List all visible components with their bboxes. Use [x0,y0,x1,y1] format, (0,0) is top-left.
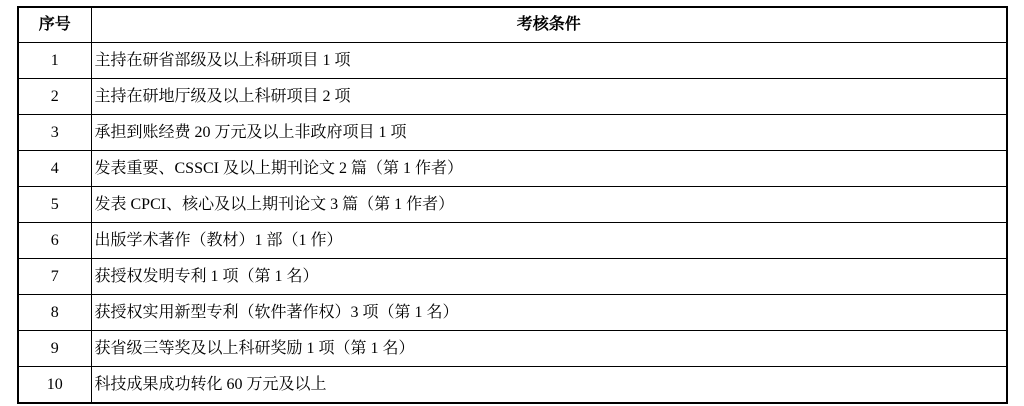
table-row: 10 科技成果成功转化 60 万元及以上 [18,367,1007,404]
table-row: 2 主持在研地厅级及以上科研项目 2 项 [18,79,1007,115]
serial-cell: 4 [18,151,91,187]
serial-cell: 3 [18,115,91,151]
table-row: 9 获省级三等奖及以上科研奖励 1 项（第 1 名） [18,331,1007,367]
table-row: 6 出版学术著作（教材）1 部（1 作） [18,223,1007,259]
column-header-condition: 考核条件 [91,7,1007,43]
serial-cell: 5 [18,187,91,223]
table-body: 1 主持在研省部级及以上科研项目 1 项 2 主持在研地厅级及以上科研项目 2 … [18,43,1007,404]
condition-cell: 获省级三等奖及以上科研奖励 1 项（第 1 名） [91,331,1007,367]
table-row: 4 发表重要、CSSCI 及以上期刊论文 2 篇（第 1 作者） [18,151,1007,187]
table-row: 1 主持在研省部级及以上科研项目 1 项 [18,43,1007,79]
condition-cell: 主持在研地厅级及以上科研项目 2 项 [91,79,1007,115]
condition-cell: 发表 CPCI、核心及以上期刊论文 3 篇（第 1 作者） [91,187,1007,223]
serial-cell: 6 [18,223,91,259]
condition-cell: 科技成果成功转化 60 万元及以上 [91,367,1007,404]
assessment-conditions-table: 序号 考核条件 1 主持在研省部级及以上科研项目 1 项 2 主持在研地厅级及以… [17,6,1008,404]
table-row: 5 发表 CPCI、核心及以上期刊论文 3 篇（第 1 作者） [18,187,1007,223]
serial-cell: 7 [18,259,91,295]
serial-cell: 2 [18,79,91,115]
table-row: 3 承担到账经费 20 万元及以上非政府项目 1 项 [18,115,1007,151]
condition-cell: 发表重要、CSSCI 及以上期刊论文 2 篇（第 1 作者） [91,151,1007,187]
condition-cell: 出版学术著作（教材）1 部（1 作） [91,223,1007,259]
condition-cell: 获授权发明专利 1 项（第 1 名） [91,259,1007,295]
table-row: 8 获授权实用新型专利（软件著作权）3 项（第 1 名） [18,295,1007,331]
condition-cell: 获授权实用新型专利（软件著作权）3 项（第 1 名） [91,295,1007,331]
column-header-serial: 序号 [18,7,91,43]
serial-cell: 9 [18,331,91,367]
header-row: 序号 考核条件 [18,7,1007,43]
condition-cell: 承担到账经费 20 万元及以上非政府项目 1 项 [91,115,1007,151]
serial-cell: 1 [18,43,91,79]
condition-cell: 主持在研省部级及以上科研项目 1 项 [91,43,1007,79]
table-row: 7 获授权发明专利 1 项（第 1 名） [18,259,1007,295]
serial-cell: 8 [18,295,91,331]
serial-cell: 10 [18,367,91,404]
